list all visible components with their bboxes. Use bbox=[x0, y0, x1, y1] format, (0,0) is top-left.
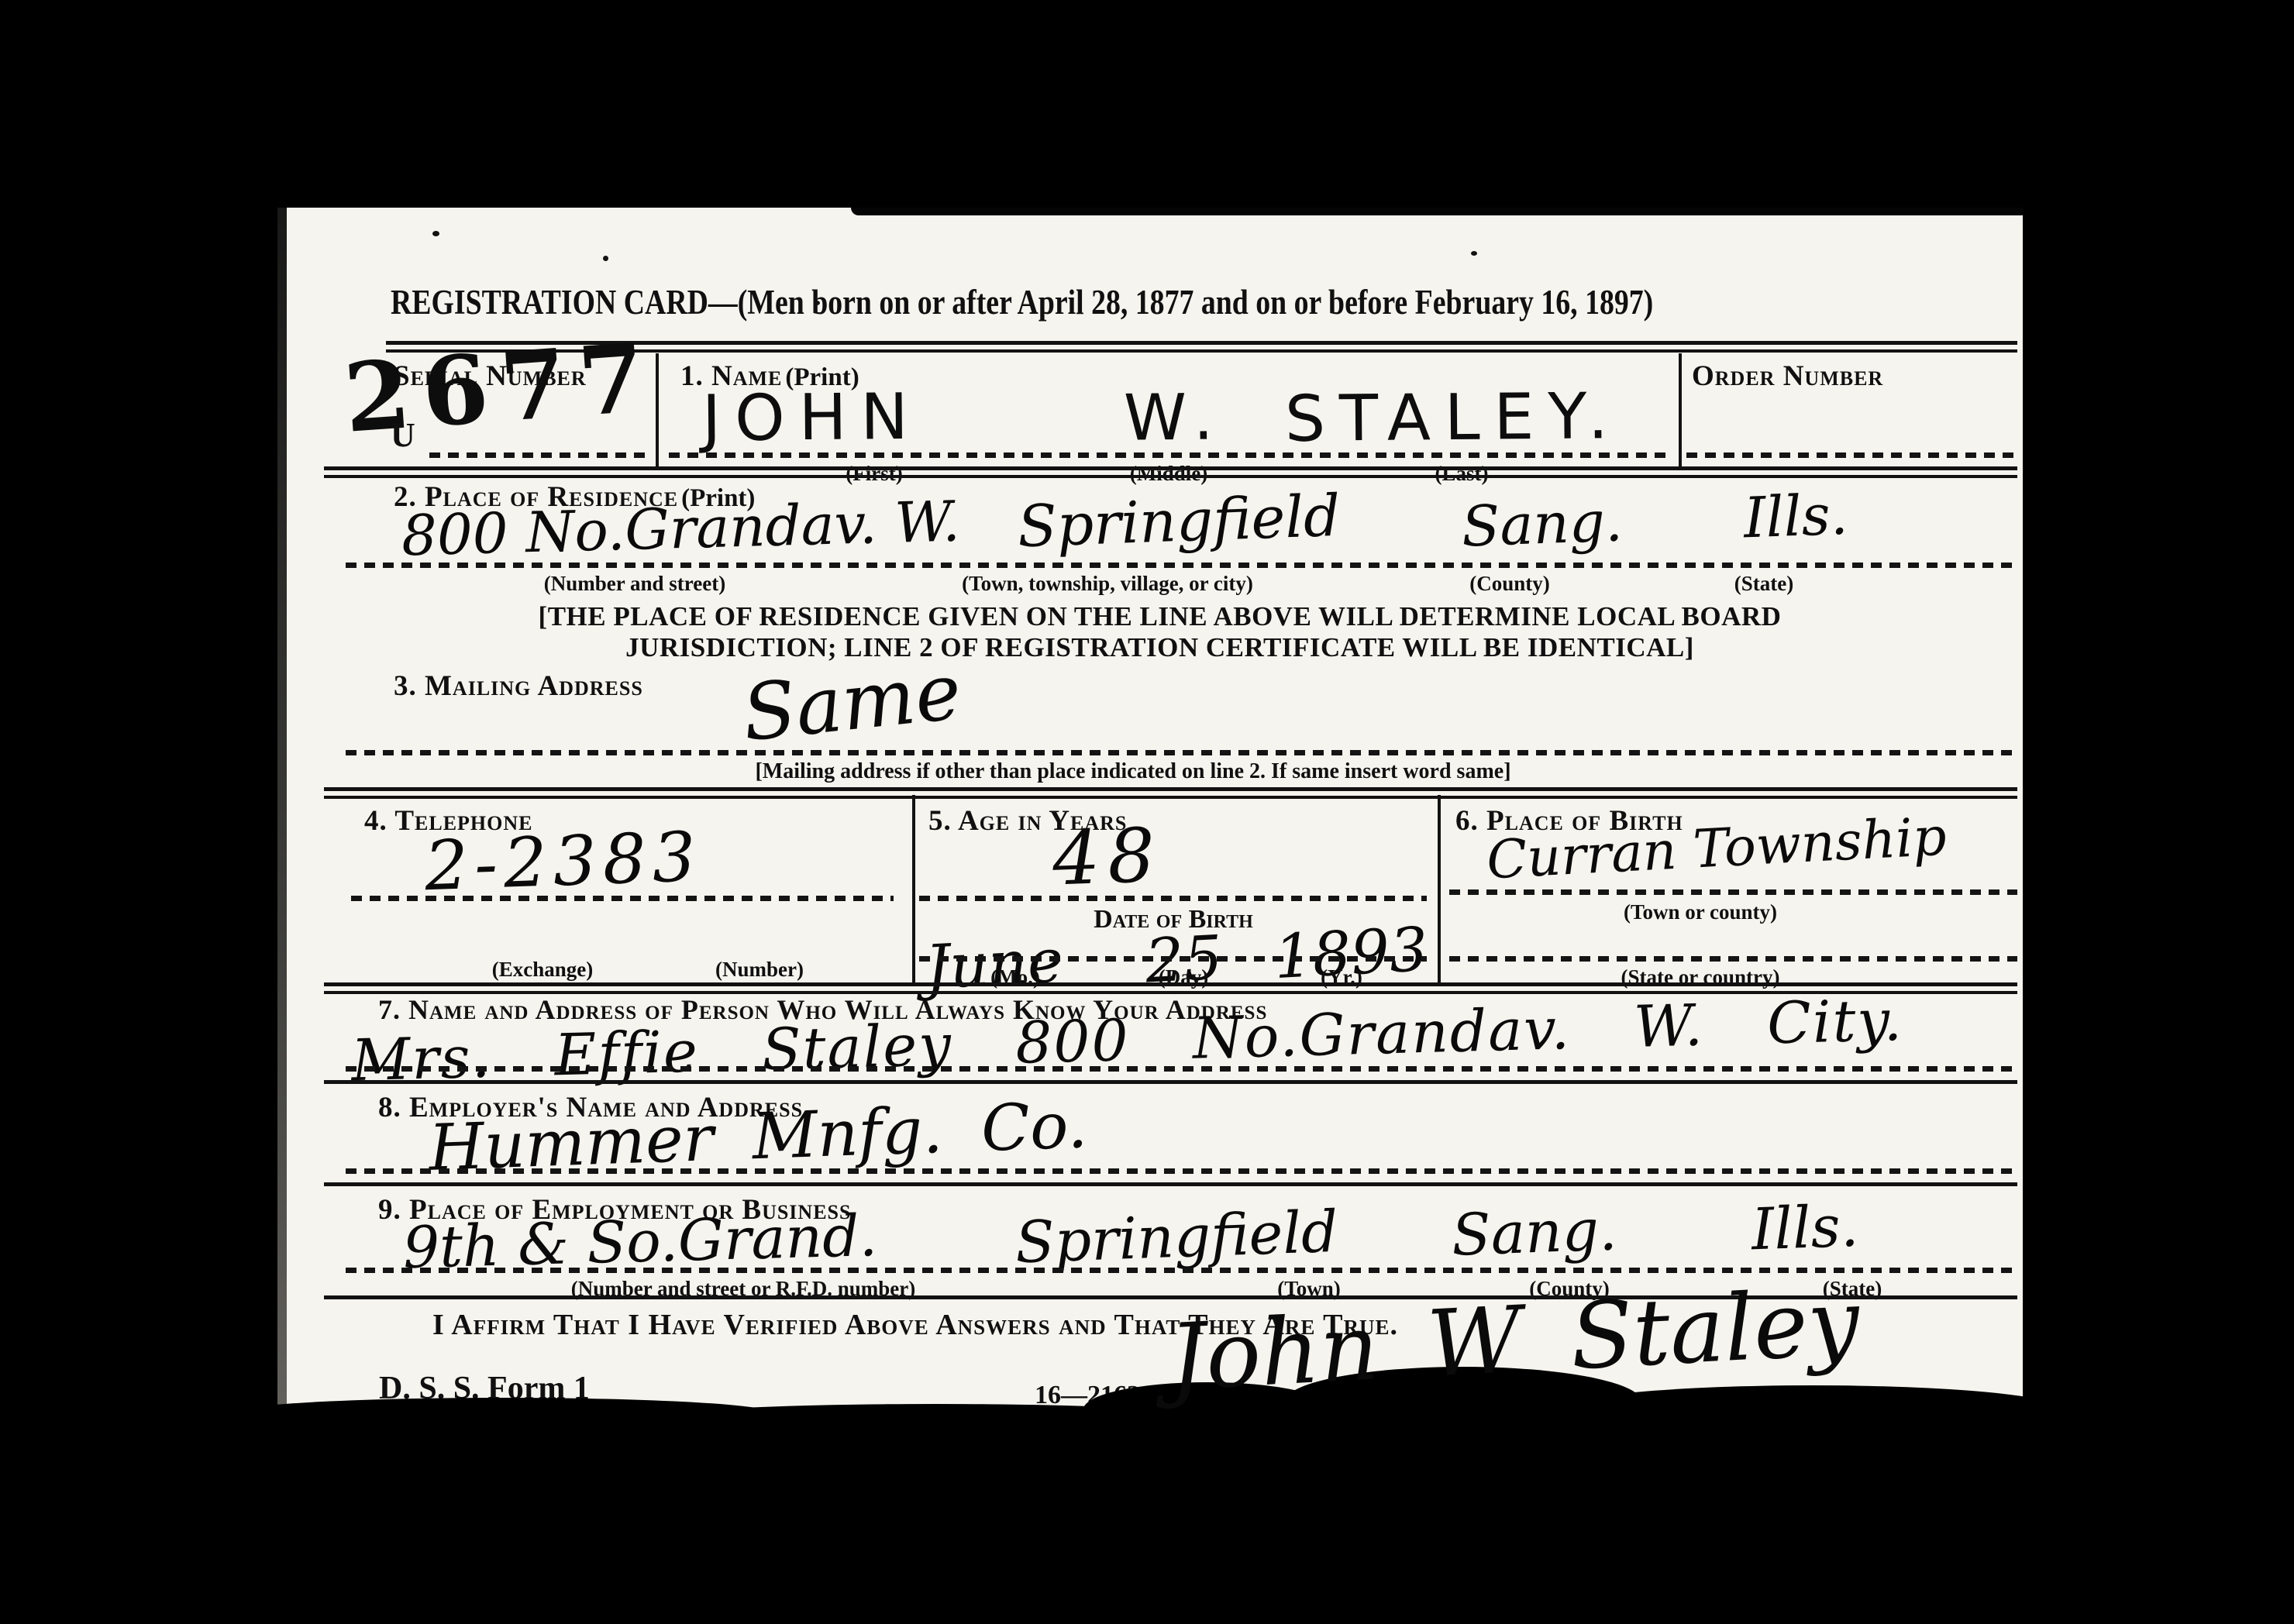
row1-bottom-rule bbox=[324, 466, 2017, 478]
employment-state-value: Ills. bbox=[1751, 1193, 1860, 1264]
employment-town-value: Springfield bbox=[1014, 1199, 1339, 1276]
scan-bottom-band bbox=[277, 1416, 2023, 1441]
column-divider bbox=[1438, 795, 1441, 984]
row3-bottom-rule bbox=[324, 787, 2017, 799]
row8-bottom-rule bbox=[324, 1182, 2017, 1186]
column-divider bbox=[912, 795, 915, 984]
residence-county-value: Sang. bbox=[1461, 488, 1624, 559]
dob-dotted-line bbox=[919, 956, 1427, 962]
order-number-label: Order Number bbox=[1692, 360, 1883, 393]
residence-dotted-line bbox=[346, 563, 2017, 568]
mailing-address-label: 3. Mailing Address bbox=[394, 669, 643, 703]
column-divider bbox=[656, 353, 659, 466]
residence-county-sublabel: (County) bbox=[1469, 572, 1550, 596]
order-dotted-line bbox=[1686, 452, 2015, 458]
card-title: REGISTRATION CARD—(Men born on or after … bbox=[391, 282, 1653, 322]
serial-dotted-line bbox=[429, 452, 648, 458]
birthplace-dotted-line bbox=[1449, 889, 2017, 895]
age-dotted-line bbox=[919, 896, 1427, 901]
telephone-dotted-line bbox=[351, 896, 894, 901]
telephone-value: 2-2383 bbox=[423, 817, 703, 906]
residence-town-sublabel: (Town, township, village, or city) bbox=[962, 572, 1253, 596]
age-value: 48 bbox=[1051, 812, 1164, 903]
card-edge-shadow bbox=[277, 208, 287, 1441]
column-divider bbox=[1679, 353, 1682, 466]
scan-background: REGISTRATION CARD—(Men born on or after … bbox=[0, 0, 2294, 1624]
town-county-sublabel: (Town or county) bbox=[1624, 900, 1777, 924]
contact-dotted-line bbox=[346, 1066, 2017, 1072]
employment-county-value: Sang. bbox=[1451, 1196, 1618, 1268]
mailing-dotted-line bbox=[346, 750, 2017, 755]
serial-prefix: U bbox=[391, 415, 415, 455]
name-dotted-line bbox=[669, 452, 1669, 458]
number-sublabel: (Number) bbox=[715, 958, 804, 982]
serial-number-value: 2677 bbox=[340, 321, 660, 454]
residence-state-value: Ills. bbox=[1743, 482, 1849, 551]
residence-street-sublabel: (Number and street) bbox=[544, 572, 725, 596]
row7-bottom-rule bbox=[324, 1080, 2017, 1084]
scan-speck bbox=[603, 256, 608, 261]
name-last-value: Staley. bbox=[1285, 380, 1623, 456]
employer-dotted-line bbox=[346, 1168, 2017, 1174]
scan-speck bbox=[432, 231, 439, 236]
name-middle-value: W. bbox=[1124, 380, 1228, 455]
scan-top-edge bbox=[851, 208, 2023, 215]
birthplace-dotted-line2 bbox=[1449, 956, 2017, 962]
residence-state-sublabel: (State) bbox=[1734, 572, 1793, 596]
residence-note-line2: JURISDICTION; LINE 2 OF REGISTRATION CER… bbox=[324, 632, 1996, 663]
mailing-sublabel: [Mailing address if other than place ind… bbox=[755, 759, 1510, 784]
registration-card: REGISTRATION CARD—(Men born on or after … bbox=[277, 208, 2023, 1441]
residence-town-value: Springfield bbox=[1017, 483, 1342, 560]
name-first-value: John bbox=[702, 380, 923, 456]
exchange-sublabel: (Exchange) bbox=[492, 958, 594, 982]
residence-note-line1: [THE PLACE OF RESIDENCE GIVEN ON THE LIN… bbox=[324, 601, 1996, 632]
residence-street-value: 800 No.Grandav. W. bbox=[401, 489, 961, 569]
scan-speck bbox=[1471, 251, 1477, 256]
